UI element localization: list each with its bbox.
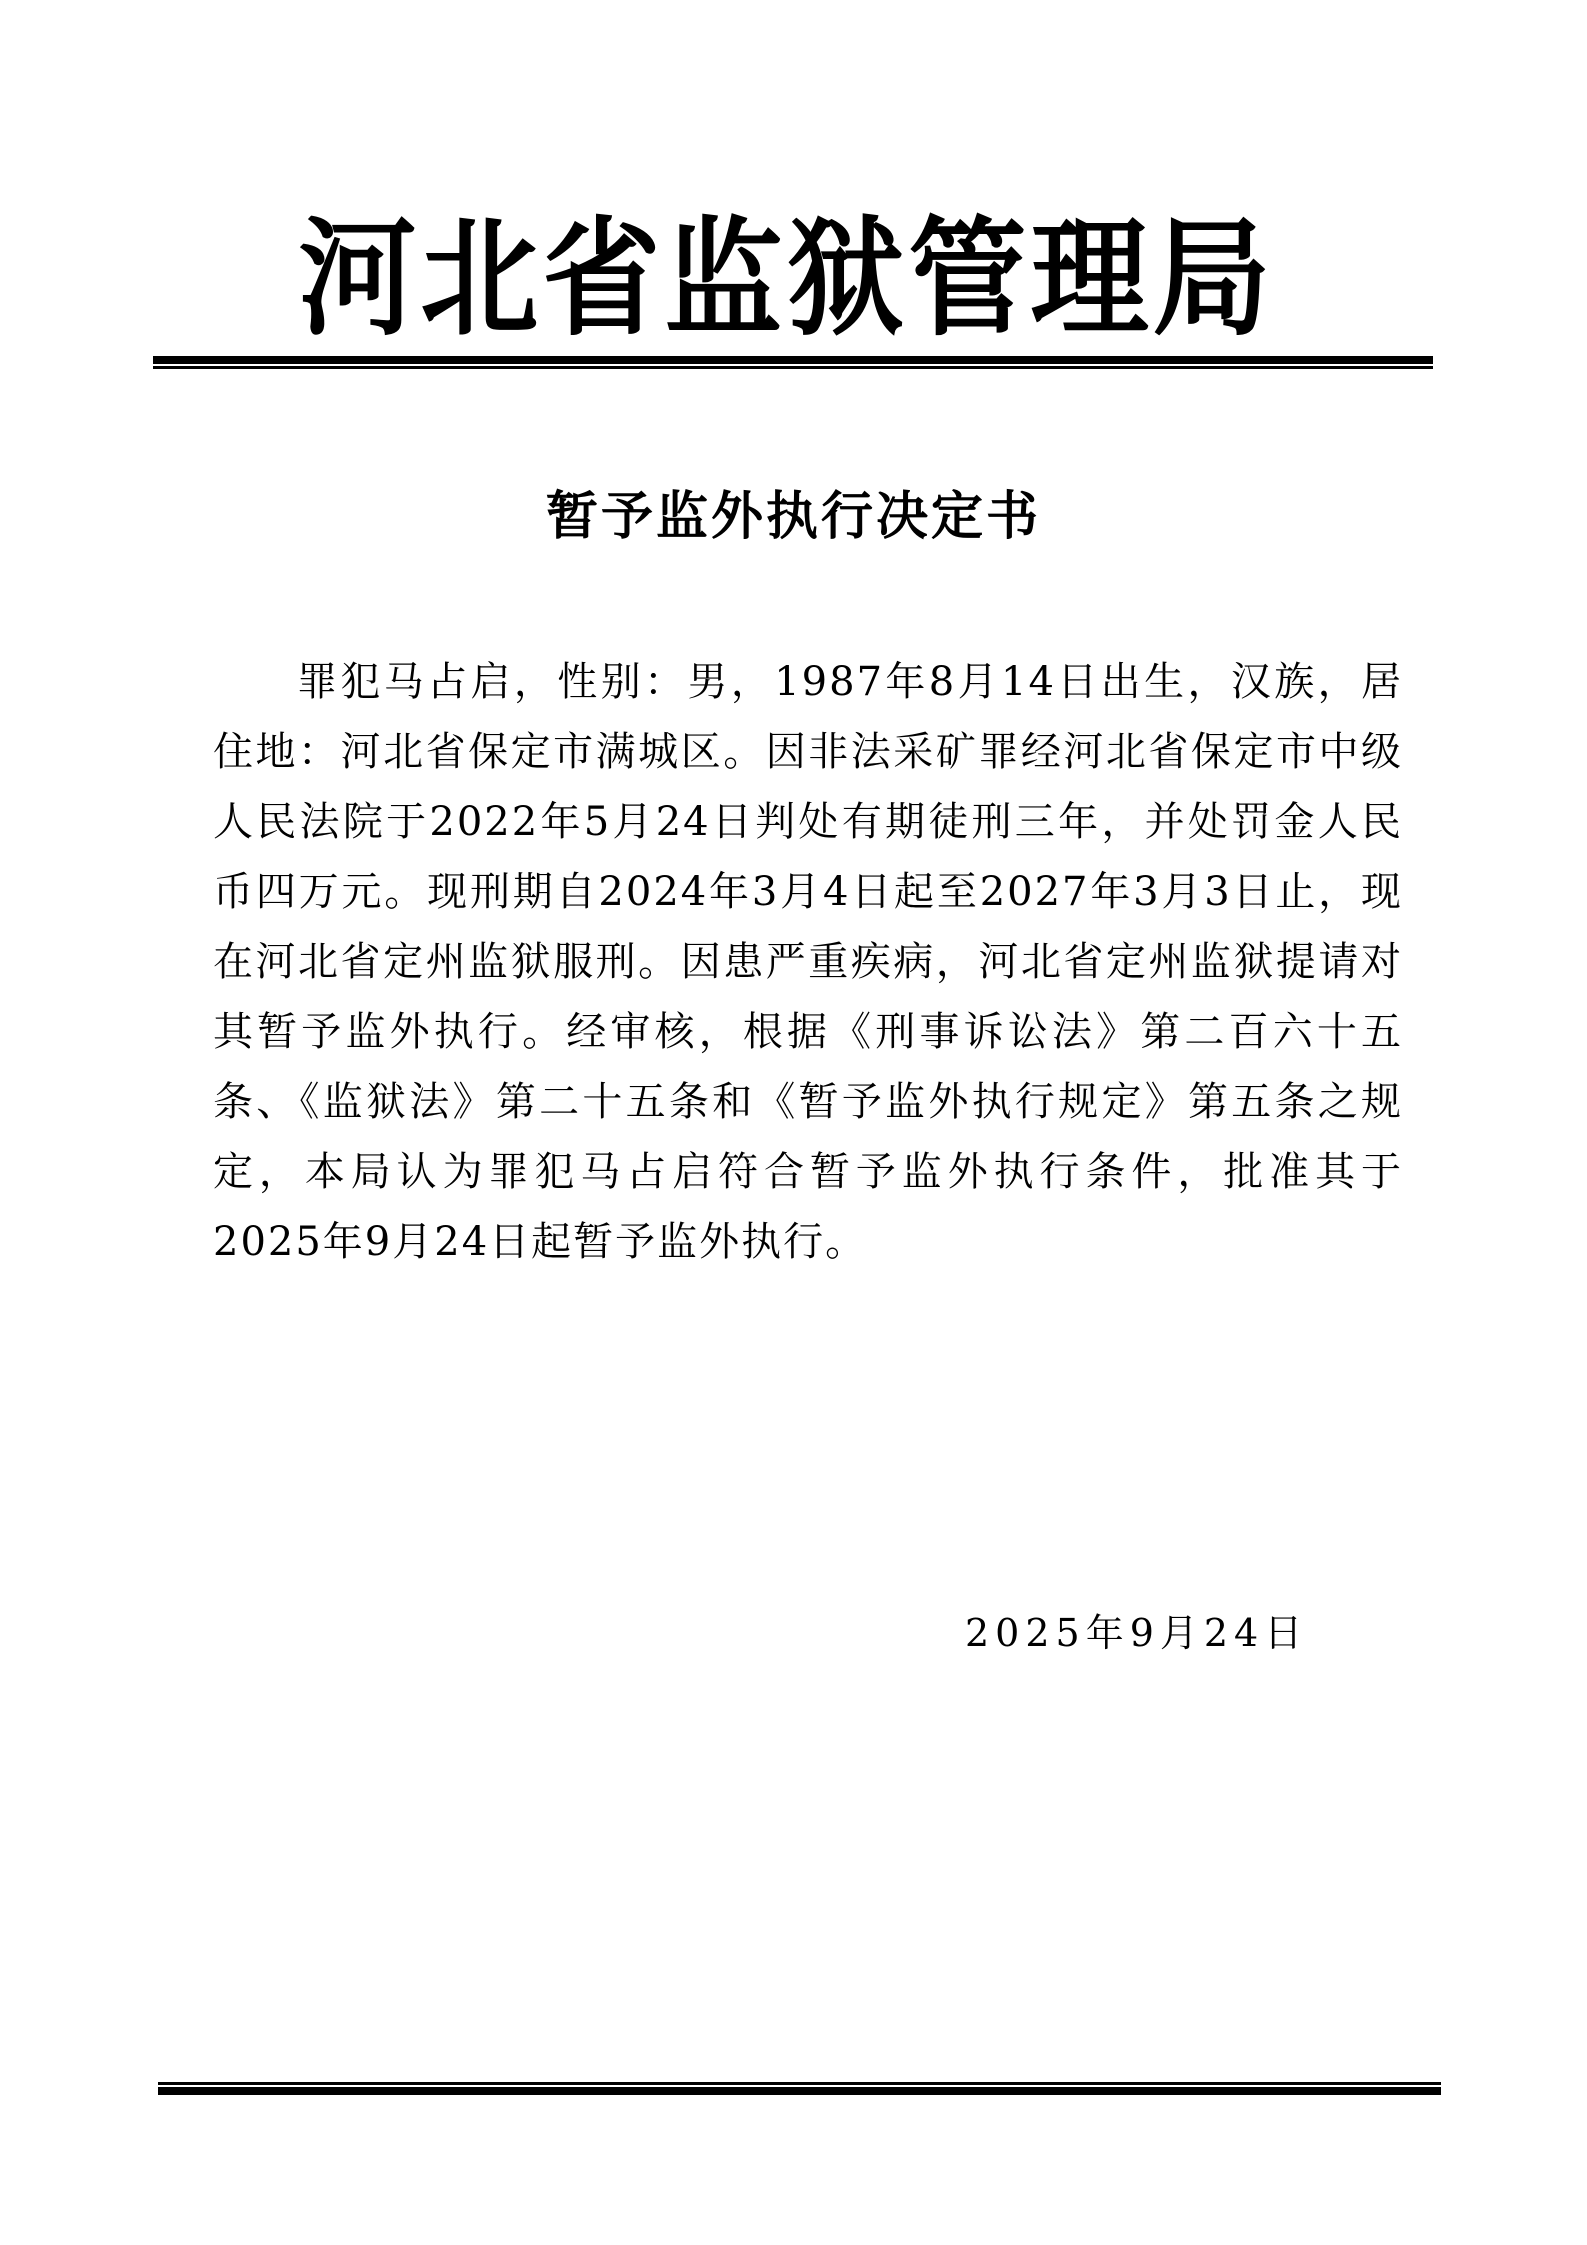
header-rule-thick	[153, 356, 1433, 364]
issuer-name: 河北省监狱管理局	[298, 202, 1274, 353]
document-title: 暂予监外执行决定书	[0, 482, 1587, 552]
header-rule-thin	[153, 366, 1433, 369]
footer-rule-thin	[158, 2082, 1441, 2085]
masthead: 河北省监狱管理局	[0, 208, 1587, 348]
document-body: 罪犯马占启，性别：男，1987年8月14日出生，汉族，居住地：河北省保定市满城区…	[213, 647, 1403, 1277]
footer-rule-thick	[158, 2087, 1441, 2095]
document-date: 2025年9月24日	[965, 1608, 1308, 1658]
